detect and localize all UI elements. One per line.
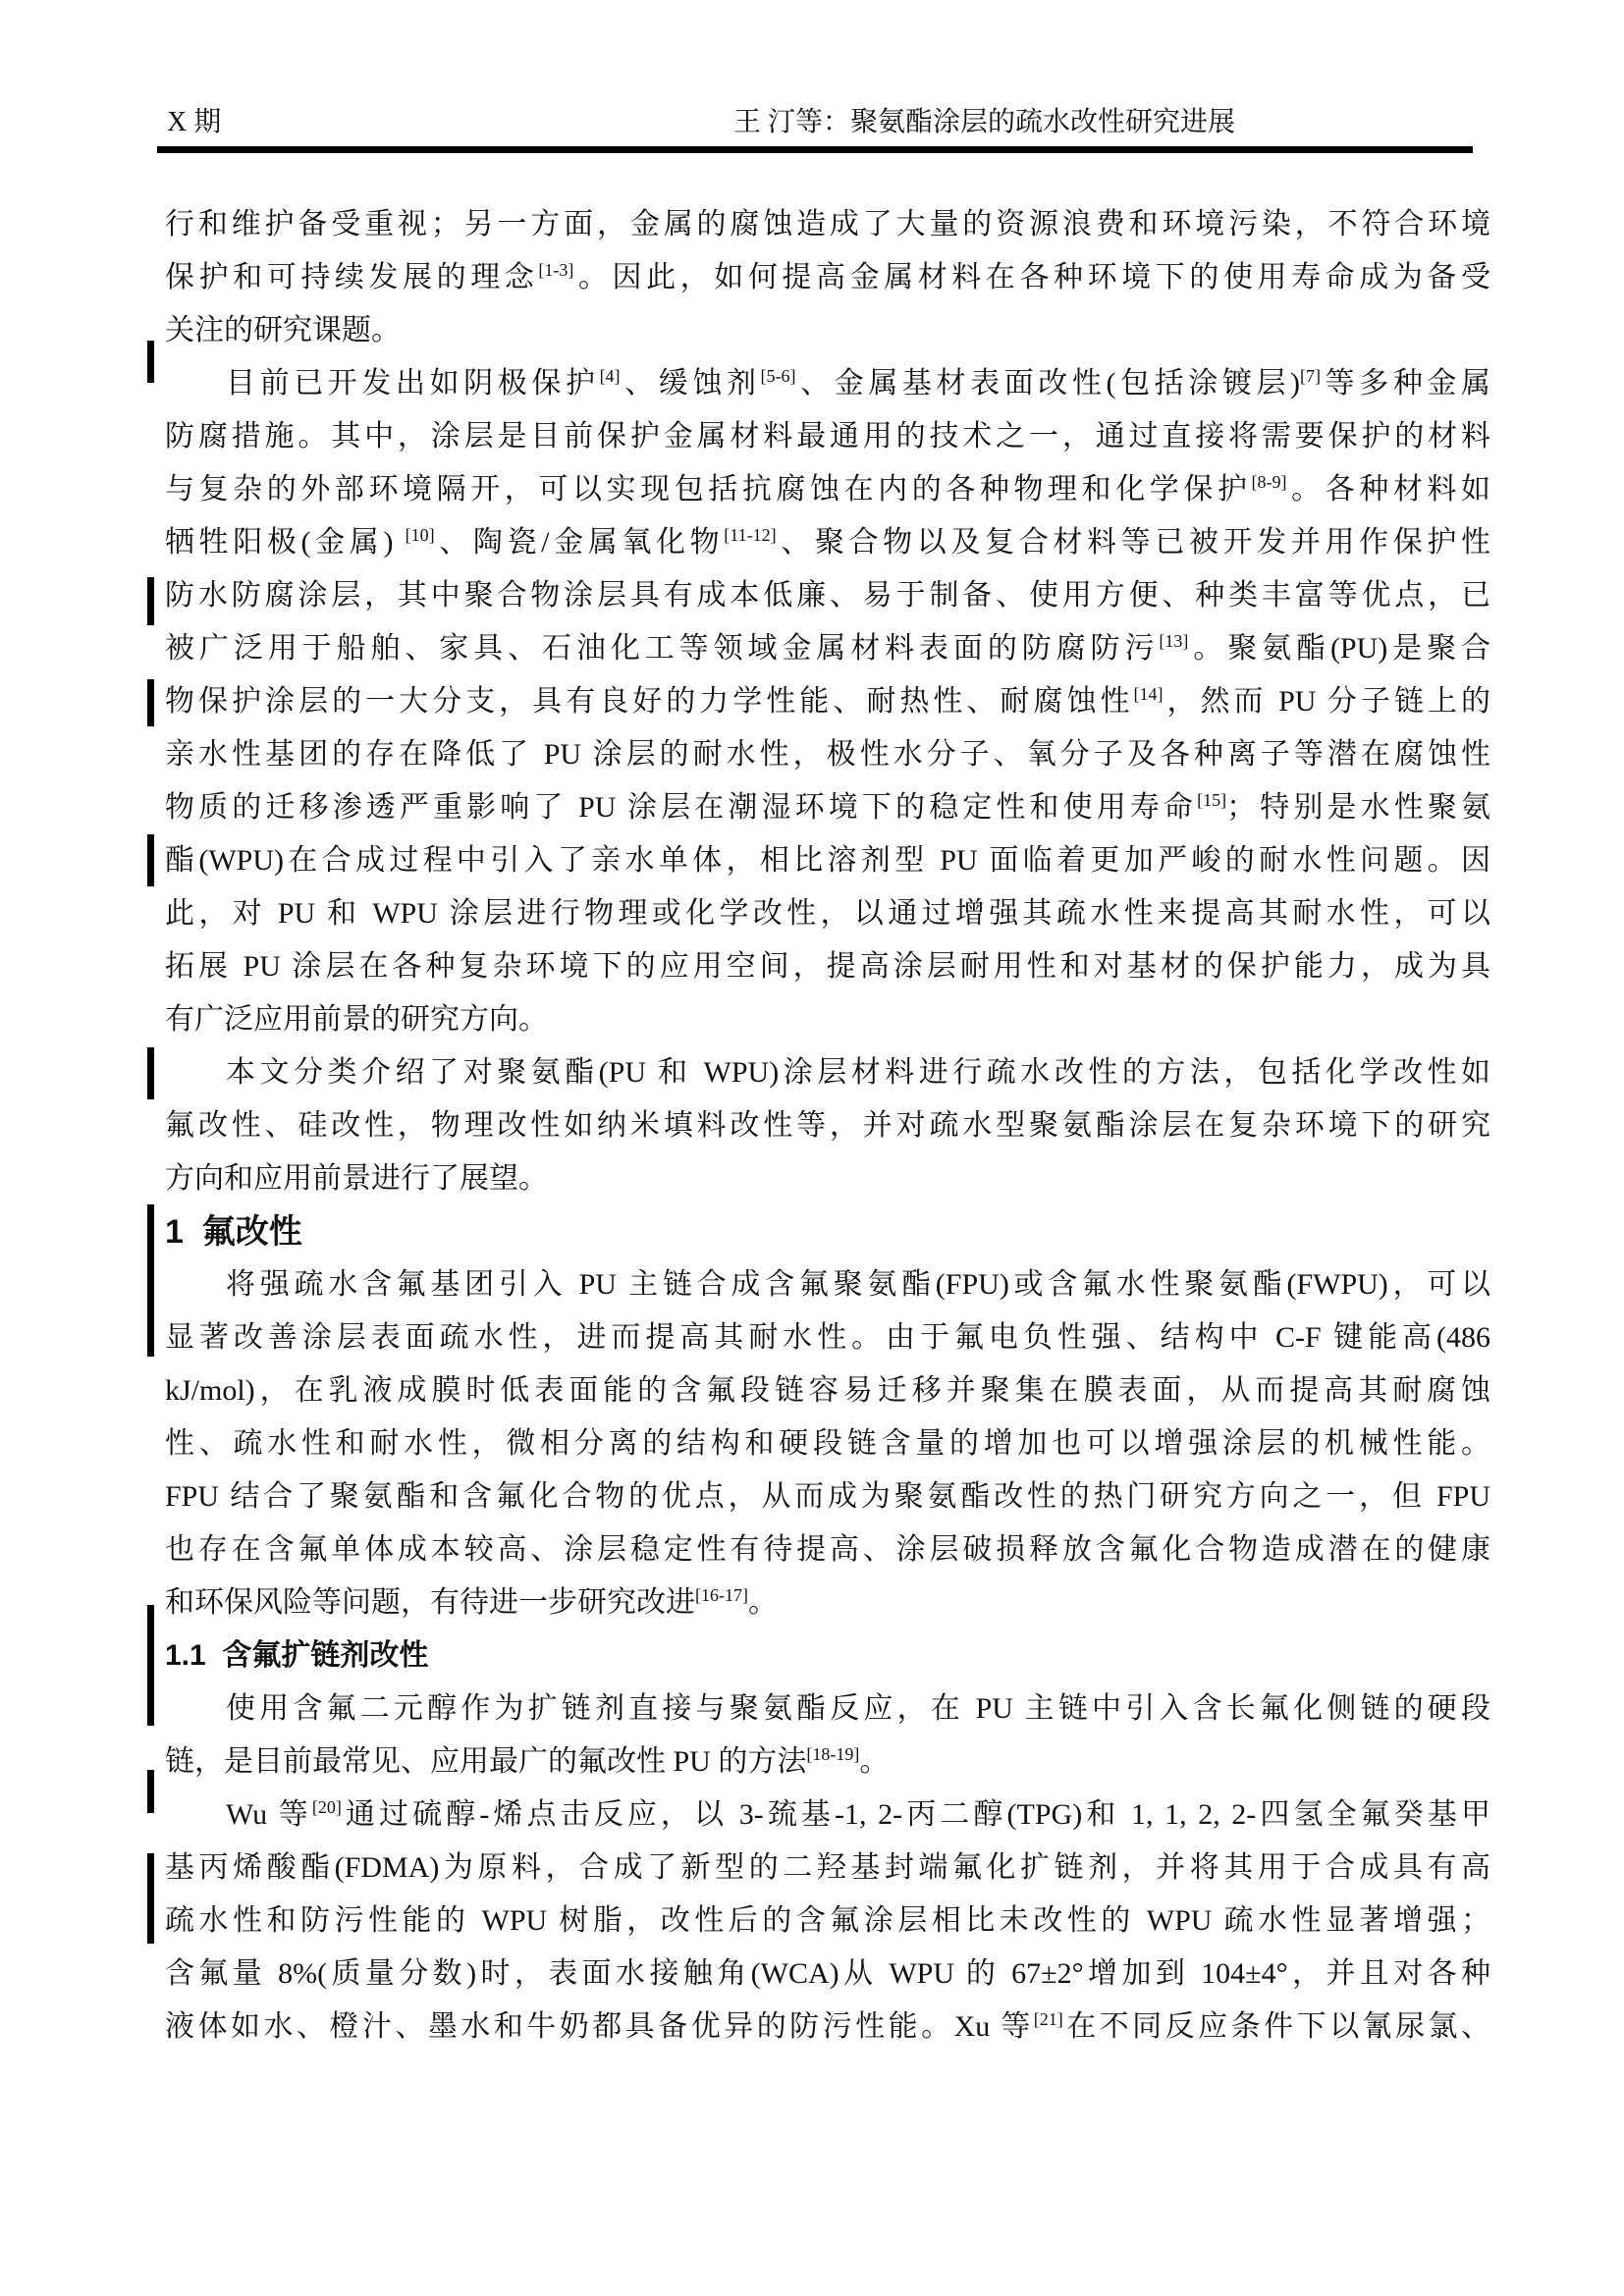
revision-bar bbox=[147, 341, 154, 383]
article-body: 行和维护备受重视；另一方面，金属的腐蚀造成了大量的资源浪费和环境污染，不符合环境… bbox=[165, 198, 1490, 2054]
header-issue-label: X 期 bbox=[167, 106, 221, 139]
text-line: 链，是目前最常见、应用最广的氟改性 PU 的方法[18-19]。 bbox=[165, 1735, 1490, 1789]
citation-ref: [4] bbox=[600, 366, 621, 386]
citation-ref: [16-17] bbox=[695, 1585, 748, 1605]
text-line: 目前已开发出如阴极保护[4]、缓蚀剂[5-6]、金属基材表面改性(包括涂镀层)[… bbox=[165, 357, 1490, 410]
text-line: 疏水性和防污性能的 WPU 树脂，改性后的含氟涂层相比未改性的 WPU 疏水性显… bbox=[165, 1895, 1490, 1948]
text-line: 此，对 PU 和 WPU 涂层进行物理或化学改性，以通过增强其疏水性来提高其耐水… bbox=[165, 887, 1490, 940]
text-line: 使用含氟二元醇作为扩链剂直接与聚氨酯反应，在 PU 主链中引入含长氟化侧链的硬段 bbox=[165, 1682, 1490, 1735]
citation-ref: [8-9] bbox=[1252, 472, 1287, 492]
text-line: 牺牲阳极(金属) [10]、陶瓷/金属氧化物[11-12]、聚合物以及复合材料等… bbox=[165, 516, 1490, 569]
text-line: 行和维护备受重视；另一方面，金属的腐蚀造成了大量的资源浪费和环境污染，不符合环境 bbox=[165, 198, 1490, 251]
text-line: 酯(WPU)在合成过程中引入了亲水单体，相比溶剂型 PU 面临着更加严峻的耐水性… bbox=[165, 834, 1490, 887]
text-line: 氟改性、硅改性，物理改性如纳米填料改性等，并对疏水型聚氨酯涂层在复杂环境下的研究 bbox=[165, 1099, 1490, 1152]
revision-bar bbox=[147, 1047, 154, 1099]
citation-ref: [13] bbox=[1159, 631, 1188, 651]
citation-ref: [21] bbox=[1034, 2009, 1063, 2029]
text-line: 本文分类介绍了对聚氨酯(PU 和 WPU)涂层材料进行疏水改性的方法，包括化学改… bbox=[165, 1046, 1490, 1099]
revision-bar bbox=[147, 679, 154, 726]
text-line: 拓展 PU 涂层在各种复杂环境下的应用空间，提高涂层耐用性和对基材的保护能力，成… bbox=[165, 940, 1490, 993]
text-line: 与复杂的外部环境隔开，可以实现包括抗腐蚀在内的各种物理和化学保护[8-9]。各种… bbox=[165, 463, 1490, 516]
revision-bar bbox=[147, 577, 154, 625]
text-line: 物质的迁移渗透严重影响了 PU 涂层在潮湿环境下的稳定性和使用寿命[15]；特别… bbox=[165, 781, 1490, 834]
text-line: 基丙烯酸酯(FDMA)为原料，合成了新型的二羟基封端氟化扩链剂，并将其用于合成具… bbox=[165, 1842, 1490, 1895]
revision-bar bbox=[147, 834, 154, 886]
text-line: 被广泛用于船舶、家具、石油化工等领域金属材料表面的防腐防污[13]。聚氨酯(PU… bbox=[165, 622, 1490, 675]
text-line: 显著改善涂层表面疏水性，进而提高其耐水性。由于氟电负性强、结构中 C-F 键能高… bbox=[165, 1311, 1490, 1364]
section-heading: 1 氟改性 bbox=[165, 1205, 1490, 1258]
document-page: X 期 王 汀等：聚氨酯涂层的疏水改性研究进展 行和维护备受重视；另一方面，金属… bbox=[0, 0, 1624, 2296]
citation-ref: [15] bbox=[1197, 790, 1226, 810]
citation-ref: [7] bbox=[1300, 366, 1321, 386]
text-line: kJ/mol)，在乳液成膜时低表面能的含氟段链容易迁移并聚集在膜表面，从而提高其… bbox=[165, 1364, 1490, 1417]
citation-ref: [11-12] bbox=[724, 525, 776, 545]
text-line: 防水防腐涂层，其中聚合物涂层具有成本低廉、易于制备、使用方便、种类丰富等优点，已 bbox=[165, 569, 1490, 622]
citation-ref: [5-6] bbox=[761, 366, 796, 386]
citation-ref: [1-3] bbox=[538, 260, 573, 280]
text-line: 保护和可持续发展的理念[1-3]。因此，如何提高金属材料在各种环境下的使用寿命成… bbox=[165, 251, 1490, 304]
text-line: Wu 等[20]通过硫醇-烯点击反应，以 3-巯基-1, 2-丙二醇(TPG)和… bbox=[165, 1789, 1490, 1842]
header-running-title: 王 汀等：聚氨酯涂层的疏水改性研究进展 bbox=[733, 106, 1235, 139]
text-line: 和环保风险等问题，有待进一步研究改进[16-17]。 bbox=[165, 1576, 1490, 1629]
text-line: 防腐措施。其中，涂层是目前保护金属材料最通用的技术之一，通过直接将需要保护的材料 bbox=[165, 410, 1490, 463]
citation-ref: [10] bbox=[406, 525, 435, 545]
revision-bar bbox=[147, 1770, 154, 1813]
text-line: 关注的研究课题。 bbox=[165, 304, 1490, 357]
text-line: FPU 结合了聚氨酯和含氟化合物的优点，从而成为聚氨酯改性的热门研究方向之一，但… bbox=[165, 1470, 1490, 1523]
text-line: 也存在含氟单体成本较高、涂层稳定性有待提高、涂层破损释放含氟化合物造成潜在的健康 bbox=[165, 1523, 1490, 1576]
text-line: 液体如水、橙汁、墨水和牛奶都具备优异的防污性能。Xu 等[21]在不同反应条件下… bbox=[165, 2001, 1490, 2054]
revision-bar bbox=[147, 1204, 154, 1357]
text-line: 物保护涂层的一大分支，具有良好的力学性能、耐热性、耐腐蚀性[14]，然而 PU … bbox=[165, 675, 1490, 728]
revision-bar bbox=[147, 1853, 154, 1944]
text-line: 性、疏水性和耐水性，微相分离的结构和硬段链含量的增加也可以增强涂层的机械性能。 bbox=[165, 1417, 1490, 1470]
text-line: 将强疏水含氟基团引入 PU 主链合成含氟聚氨酯(FPU)或含氟水性聚氨酯(FWP… bbox=[165, 1258, 1490, 1311]
text-line: 有广泛应用前景的研究方向。 bbox=[165, 993, 1490, 1046]
text-line: 方向和应用前景进行了展望。 bbox=[165, 1152, 1490, 1205]
revision-bar bbox=[147, 1605, 154, 1726]
subsection-heading: 1.1 含氟扩链剂改性 bbox=[165, 1629, 1490, 1682]
header-rule bbox=[157, 146, 1473, 153]
text-line: 含氟量 8%(质量分数)时，表面水接触角(WCA)从 WPU 的 67±2°增加… bbox=[165, 1948, 1490, 2001]
text-line: 亲水性基团的存在降低了 PU 涂层的耐水性，极性水分子、氧分子及各种离子等潜在腐… bbox=[165, 728, 1490, 781]
citation-ref: [14] bbox=[1133, 684, 1163, 704]
citation-ref: [18-19] bbox=[806, 1744, 859, 1764]
citation-ref: [20] bbox=[312, 1797, 342, 1817]
